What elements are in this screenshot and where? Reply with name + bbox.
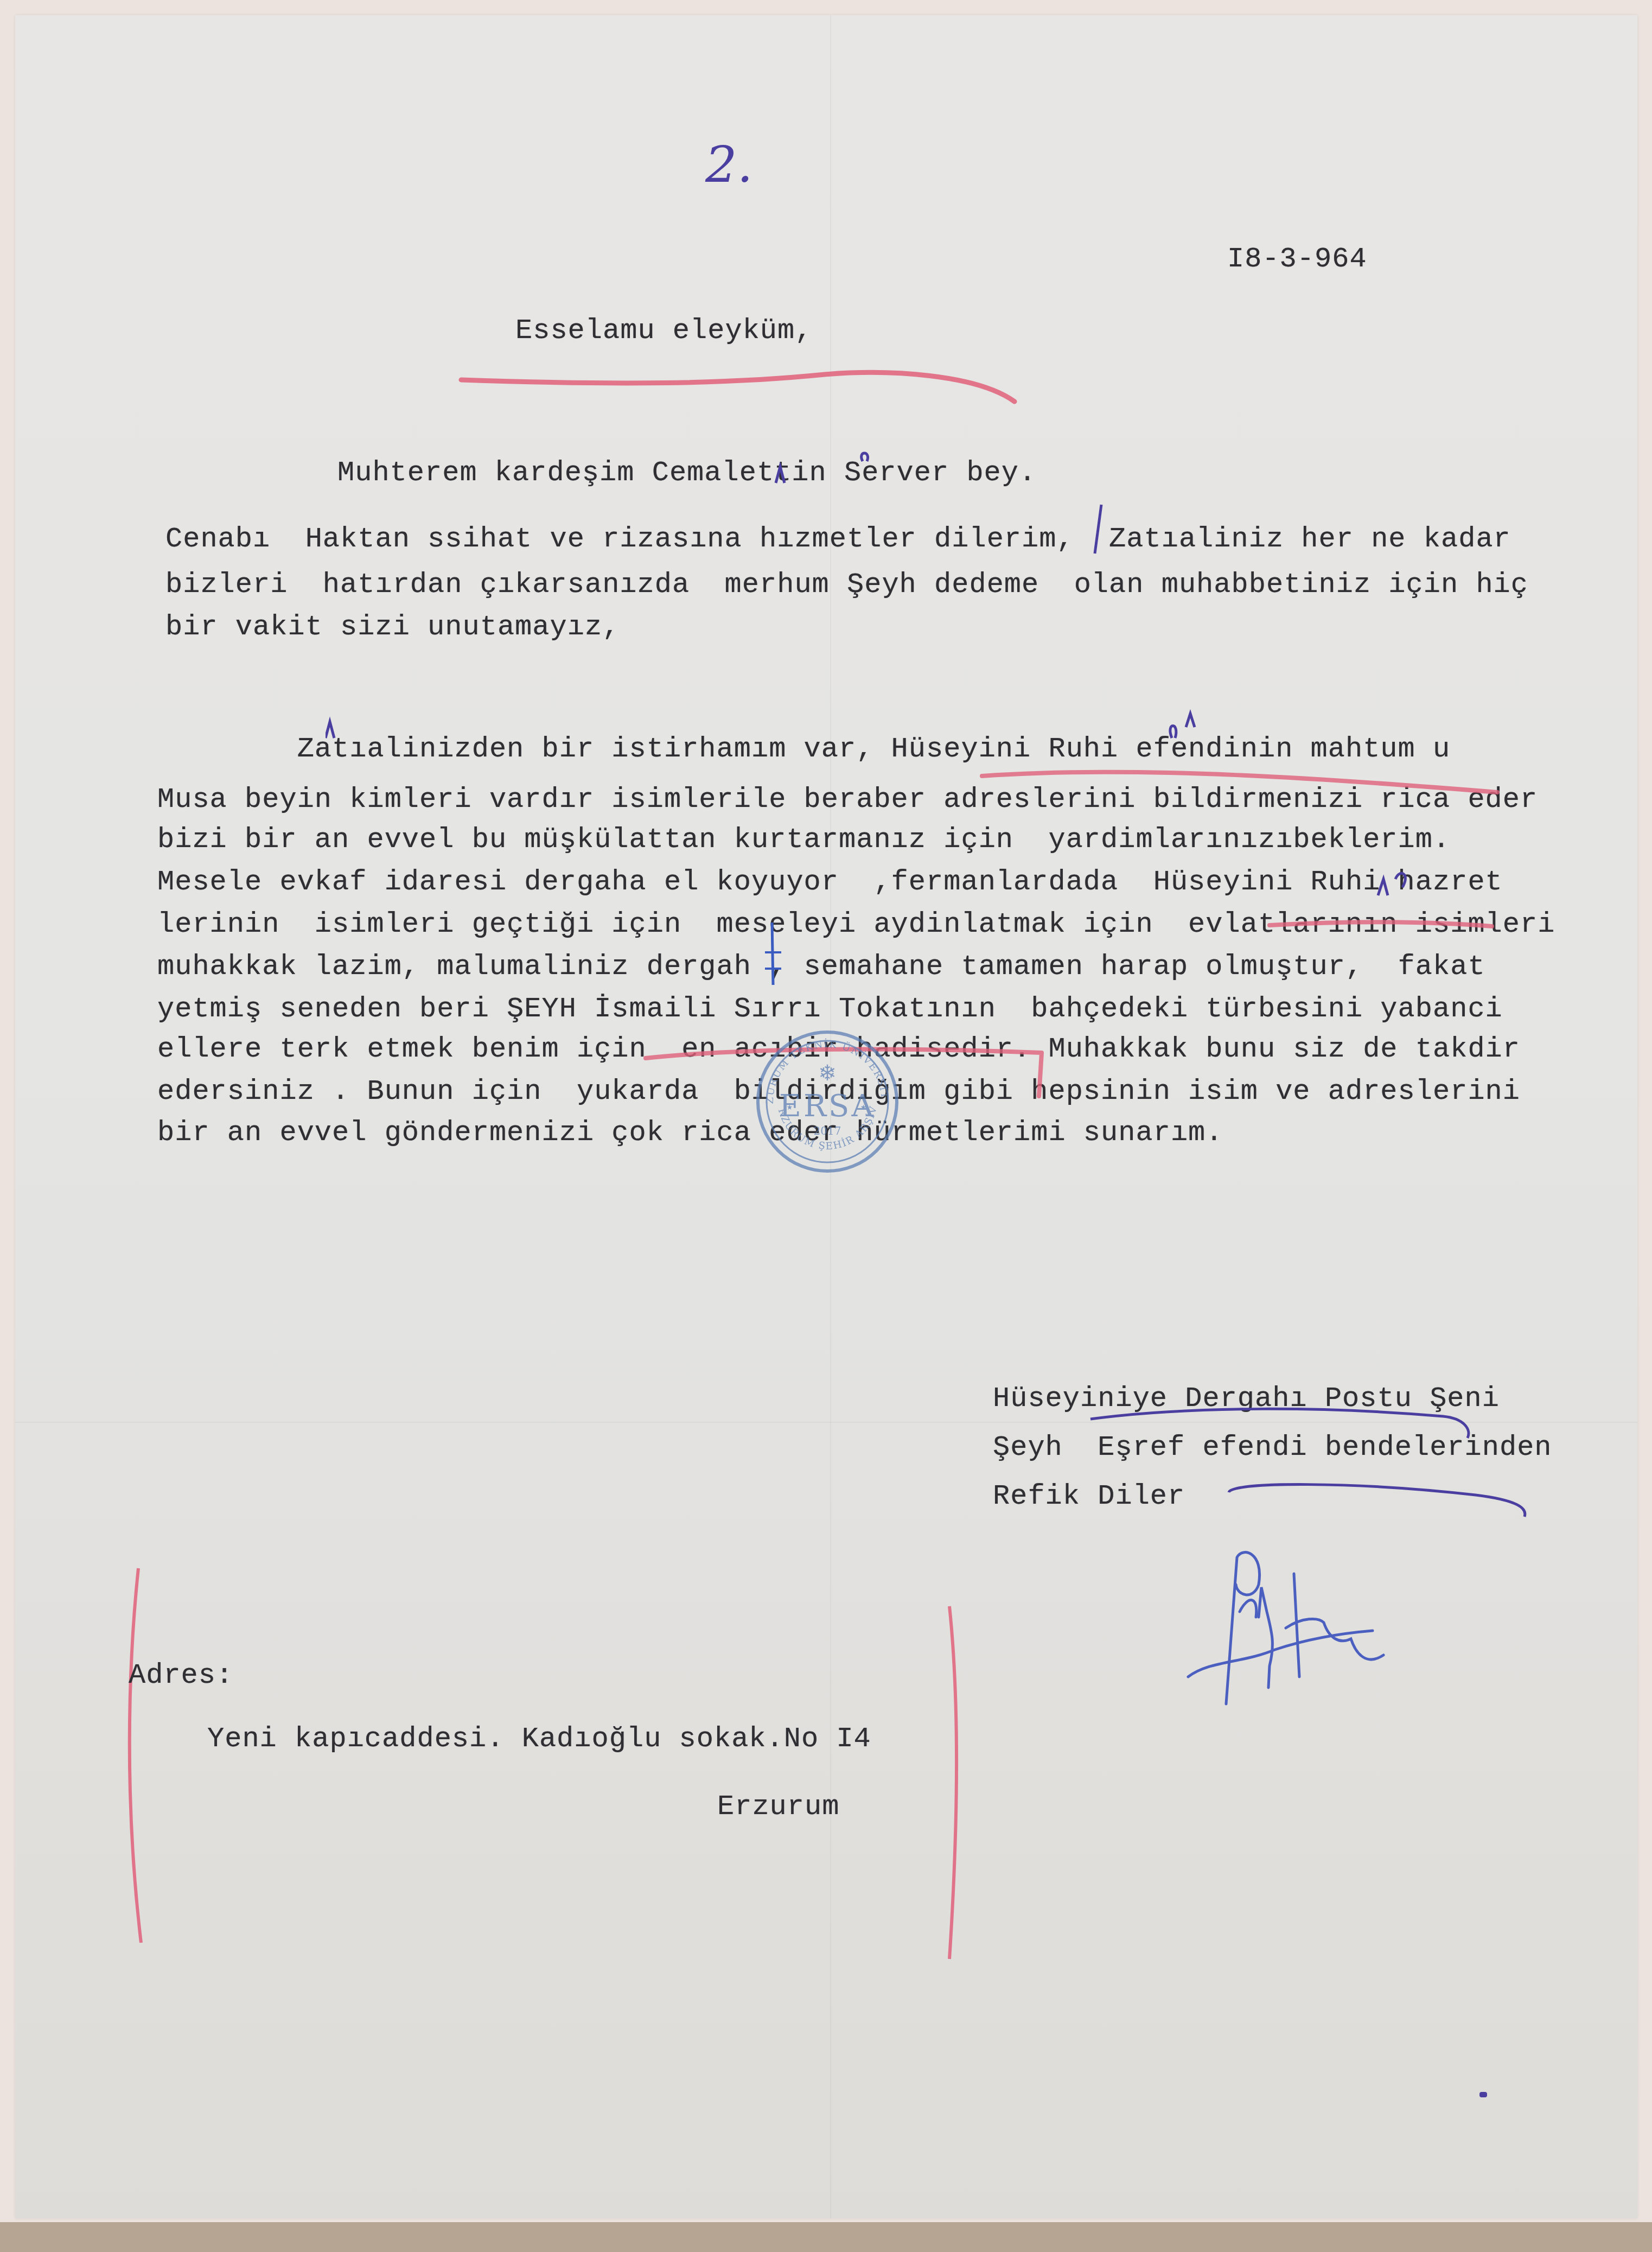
blue-underline-signature-block — [1085, 1400, 1573, 1519]
svg-text:❄: ❄ — [818, 1061, 837, 1086]
red-bracket-left — [117, 1563, 149, 1954]
blue-ink-insert-mark — [757, 920, 789, 990]
background-surface — [0, 2222, 1652, 2252]
address-label: Adres: — [129, 1659, 233, 1691]
address-street: Yeni kapıcaddesi. Kadıoğlu sokak.No I4 — [207, 1723, 871, 1755]
red-bracket-right — [941, 1601, 974, 1964]
svg-text:2017: 2017 — [814, 1124, 841, 1137]
ersa-archive-stamp: ERZURUM TEKNİK ÜNİVERSİTESİ ERZURUM ŞEHİ… — [754, 1028, 901, 1175]
red-underline-salutation — [456, 364, 1042, 412]
address-city: Erzurum — [717, 1791, 839, 1823]
paragraph1-line-2: bizleri hatırdan çıkarsanızda merhum Şey… — [165, 571, 1528, 599]
salutation: Esselamu eleyküm, — [515, 315, 813, 347]
paragraph1-line-1: Cenabı Haktan ssihat ve rizasına hızmetl… — [165, 525, 1511, 554]
page-number-mark: 2. — [705, 136, 753, 194]
ink-speck — [1479, 2092, 1487, 2097]
letter-date: I8-3-964 — [1227, 243, 1367, 275]
handwritten-signature — [1177, 1536, 1470, 1715]
svg-text:★: ★ — [787, 1102, 793, 1113]
svg-text:★: ★ — [860, 1102, 866, 1113]
paragraph2-line-7: yetmiş seneden beri ŞEYH İsmaili Sırrı T… — [157, 995, 1503, 1023]
blue-ink-accent-marks — [326, 705, 1519, 923]
paragraph2-line-10: bir an evvel göndermenizi çok rica eder … — [157, 1119, 1223, 1147]
paragraph2-line-6: muhakkak lazim, malumaliniz dergah , sem… — [157, 953, 1485, 981]
paragraph1-line-3: bir vakit sizi unutamayız, — [165, 613, 620, 641]
